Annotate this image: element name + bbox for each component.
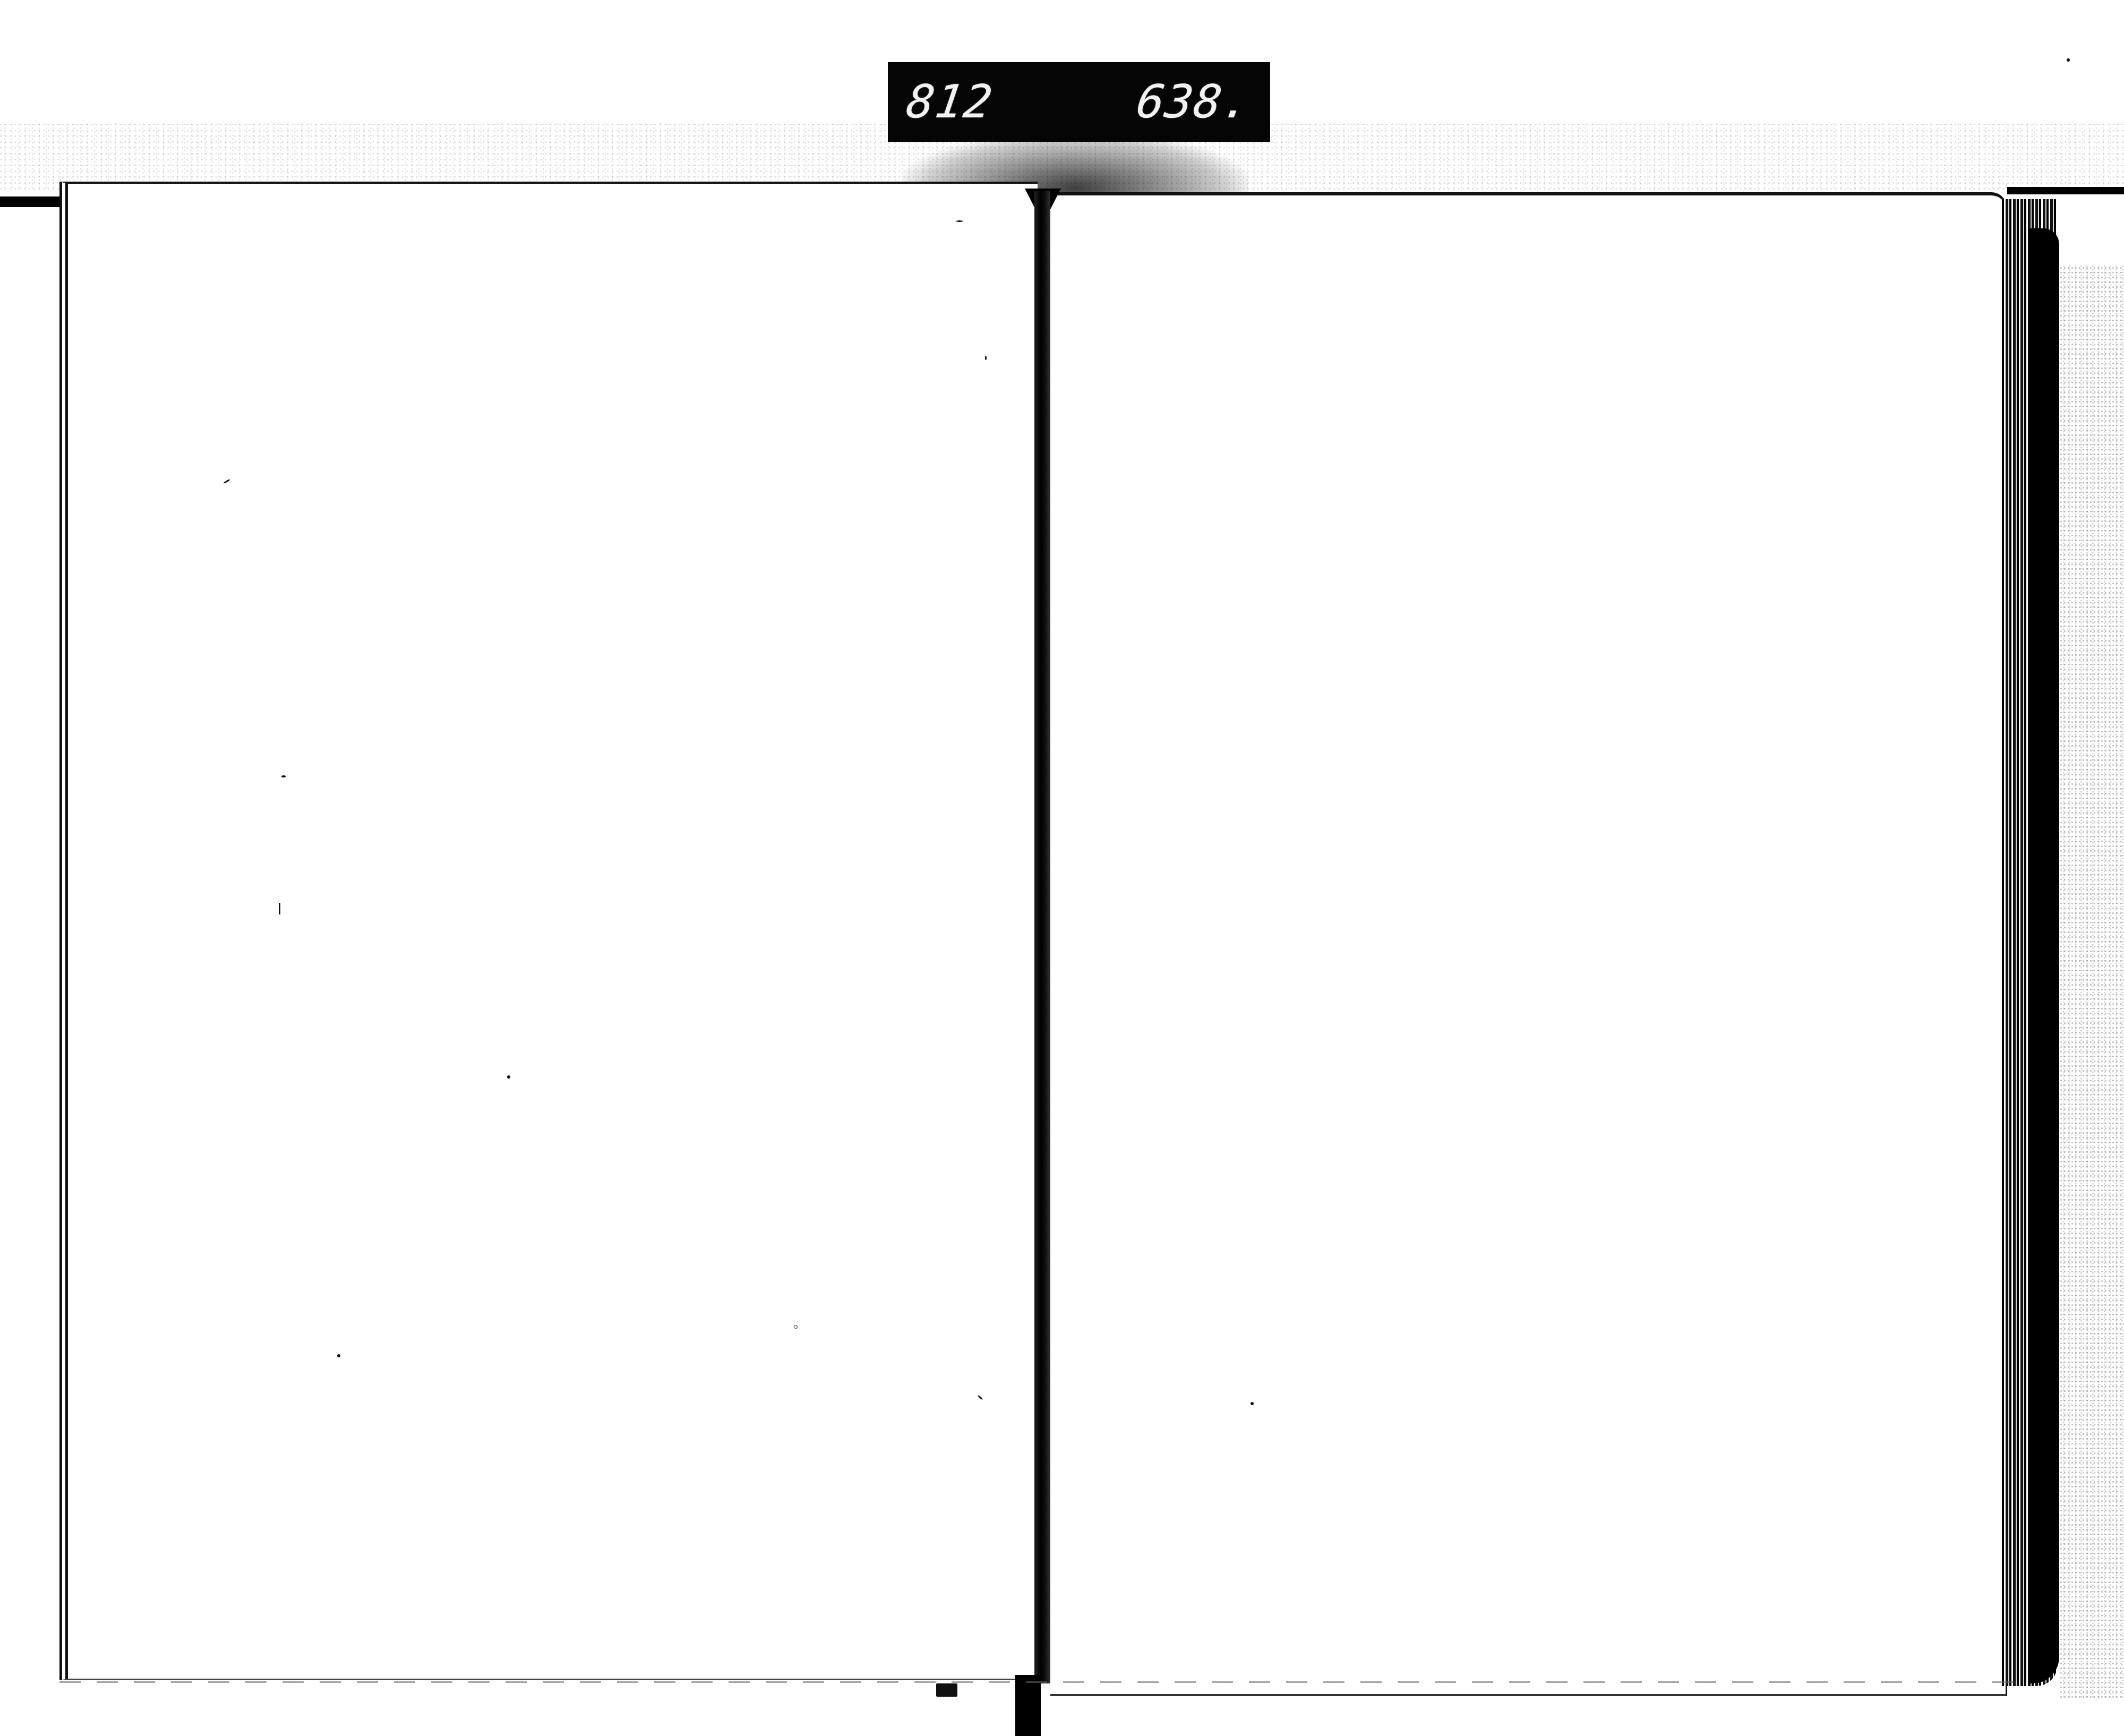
page-bottom-edge bbox=[59, 1681, 2024, 1683]
scan-speck bbox=[279, 903, 280, 914]
scan-speck bbox=[985, 356, 987, 360]
spine-foot bbox=[1015, 1675, 1041, 1736]
scan-speck bbox=[794, 1325, 798, 1329]
page-edge-shadow bbox=[2028, 228, 2059, 1683]
frame-counter-left-group: 812 bbox=[907, 75, 992, 129]
table-edge-left bbox=[0, 196, 61, 207]
scan-speck bbox=[936, 1683, 957, 1697]
frame-counter-left: 812 bbox=[903, 75, 996, 129]
right-page bbox=[1050, 192, 2007, 1696]
scan-speck bbox=[507, 1075, 510, 1079]
book-spine bbox=[1034, 191, 1050, 1683]
scan-speck bbox=[281, 775, 286, 777]
frame-counter-label: 812 638. bbox=[888, 62, 1270, 142]
frame-counter-right-group: 638. bbox=[1137, 75, 1251, 129]
scan-speck bbox=[1251, 1402, 1254, 1405]
scan-speck bbox=[337, 1354, 340, 1357]
scan-speck bbox=[2067, 58, 2070, 62]
scan-noise-right bbox=[2059, 266, 2124, 1699]
frame-counter-right: 638. bbox=[1133, 75, 1255, 129]
scan-speck bbox=[956, 220, 963, 222]
table-edge-right bbox=[2007, 187, 2124, 194]
left-page bbox=[59, 182, 1038, 1680]
